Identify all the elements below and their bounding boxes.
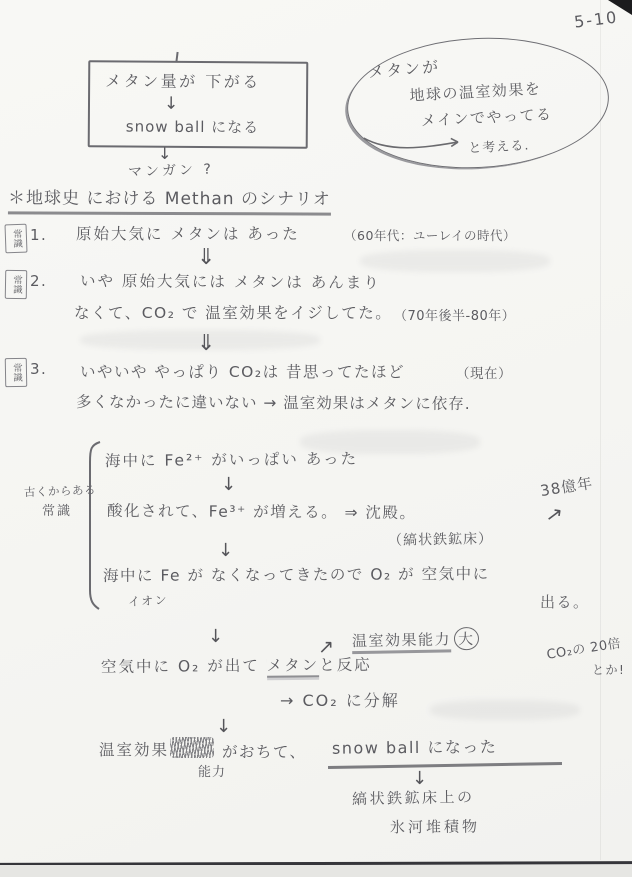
conclusion-pre: 温室効果 [99, 738, 169, 760]
scan-bottom-band [0, 865, 632, 877]
item1-note: （60年代：ユーレイの時代） [344, 226, 516, 244]
old-wisdom-label-line2: 常識 [42, 500, 72, 519]
flow-box-line1: メタン量が 下がる [105, 68, 261, 92]
conclusion-mid: がおちて、 [222, 740, 307, 762]
curved-arrow-icon [362, 130, 468, 157]
deposit-line2: 氷河堆積物 [390, 816, 480, 838]
ow-step2: 酸化されて、Fe³⁺ が増える。 ⇒ 沈殿。 [107, 499, 417, 523]
snowball-result: snow ball になった [332, 734, 498, 758]
badge-label: 常識 [11, 275, 21, 294]
down-arrow-icon: ↓ [208, 626, 223, 647]
down-arrow-icon: ↓ [218, 540, 233, 561]
ow-step3-end: 出る。 [540, 591, 590, 612]
oval-annotation: メタンが 地球の温室効果を メインでやってる と考える. [344, 31, 612, 175]
item-number: 3. [30, 360, 47, 378]
item3-text2: 多くなかったに違いない → 温室効果はメタンに依存. [76, 390, 471, 414]
big-bracket [84, 440, 104, 612]
down-arrow-icon: ↓ [164, 94, 178, 114]
item-number: 1. [30, 226, 47, 244]
page-title: ＊地球史 における Methan のシナリオ [8, 183, 331, 215]
reaction-line: 空気中に O₂ が出て メタンと反応 [101, 653, 372, 677]
badge-joshiki-3: 常識 [5, 358, 28, 387]
double-down-arrow-icon: ⇓ [197, 331, 215, 356]
oval-line4: と考える. [468, 134, 530, 156]
double-down-arrow-icon: ⇓ [197, 245, 215, 270]
down-arrow-icon: ↓ [221, 474, 236, 495]
decompose-line: → CO₂ に分解 [280, 688, 400, 711]
item2-text: いや 原始大気には メタンは あんまり [80, 269, 381, 293]
badge-label: 常識 [11, 363, 21, 382]
ow-step2-note: （縞状鉄鉱床） [388, 528, 493, 550]
bleed-through-smudge [430, 700, 580, 720]
item3-note: （現在） [456, 362, 512, 382]
deposit-line1: 縞状鉄鉱床上の [352, 786, 475, 809]
power-label-text: 温室効果能力 [352, 630, 451, 654]
greenhouse-power-label: 温室効果能力大 [352, 627, 479, 652]
manganese-question: マンガン ? [128, 159, 215, 182]
metan-underlined: メタン [267, 656, 320, 677]
conclusion-correction: 能力 [198, 761, 226, 780]
up-right-arrow-icon: ↗ [544, 501, 564, 527]
flow-box-line2: snow ball になる [126, 115, 260, 137]
flow-box: メタン量が 下がる ↓ snow ball になる [88, 60, 309, 149]
co2-times-note: CO₂の 20倍 [545, 632, 622, 663]
oval-line3: メインでやってる [420, 103, 553, 131]
page-number: 5-10 [573, 7, 619, 31]
reaction-post: と反応 [319, 656, 372, 674]
item1-text: 原始大気に メタンは あった [76, 222, 300, 244]
paper-fold-line [600, 0, 601, 860]
power-circled-dai: 大 [454, 627, 479, 650]
scanned-note-page: 5-10 メタン量が 下がる ↓ snow ball になる ↓ マンガン ? … [0, 0, 632, 877]
item2-text2: なくて、CO₂ で 温室効果をイジしてた。 [74, 301, 392, 323]
ow-step1: 海中に Fe²⁺ がいっぱい あった [105, 447, 358, 471]
snowball-underline [328, 762, 562, 769]
item3-text: いやいや やっぱり CO₂は 昔思ってたほど [80, 360, 405, 382]
oval-line1: メタンが [367, 54, 441, 83]
bleed-through-smudge [360, 250, 550, 272]
ow-step3: 海中に Fe が なくなってきたので O₂ が 空気中に [103, 562, 490, 586]
badge-joshiki-1: 常識 [5, 224, 28, 254]
co2-times-note2: とか! [592, 661, 625, 678]
scribbled-out-word [170, 737, 214, 758]
oval-line2: 地球の温室効果を [409, 78, 542, 106]
reaction-pre: 空気中に O₂ が出て [101, 657, 267, 676]
down-arrow-icon: ↓ [216, 716, 231, 737]
item2-note: （70年後半-80年） [394, 305, 515, 324]
badge-label: 常識 [11, 229, 22, 248]
badge-joshiki-2: 常識 [5, 270, 28, 299]
item-number: 2. [30, 272, 47, 290]
age-note: 38億年 [539, 472, 595, 501]
ow-step3-sub: イオン [128, 591, 169, 610]
